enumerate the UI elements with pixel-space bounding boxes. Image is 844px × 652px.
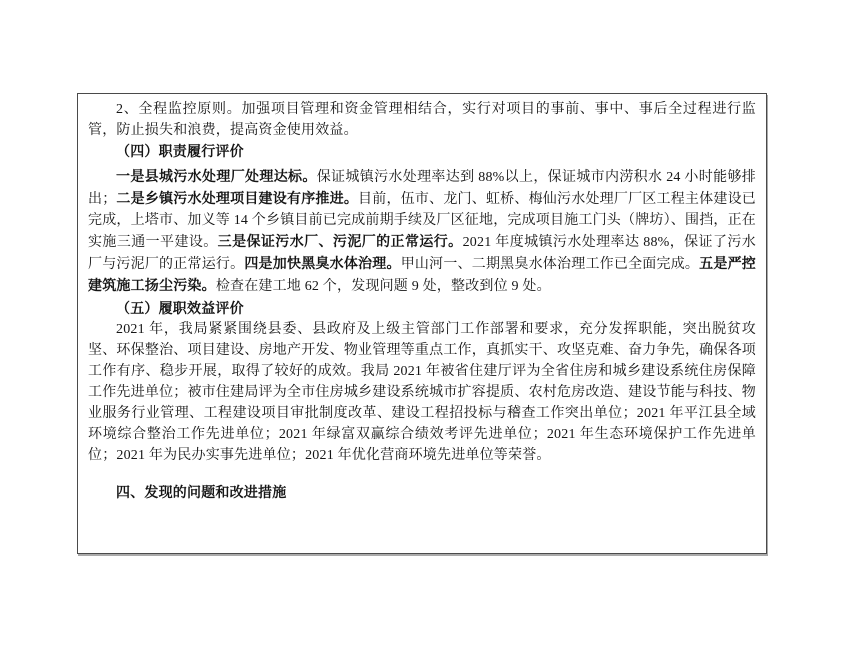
paragraph-text: 2021 年，我局紧紧围绕县委、县政府及上级主管部门工作部署和要求，充分发挥职能… bbox=[88, 322, 756, 463]
document-page: 2、全程监控原则。加强项目管理和资金管理相结合，实行对项目的事前、事中、事后全过… bbox=[0, 0, 844, 652]
run-bold-3: 三是保证污水厂、污泥厂的正常运行。 bbox=[218, 233, 463, 249]
heading-text: 四、发现的问题和改进措施 bbox=[116, 484, 286, 500]
document-table-cell: 2、全程监控原则。加强项目管理和资金管理相结合，实行对项目的事前、事中、事后全过… bbox=[77, 93, 767, 554]
heading-text: （四）职责履行评价 bbox=[116, 143, 244, 159]
heading-section-4-duty-performance: （四）职责履行评价 bbox=[88, 141, 756, 162]
heading-section-problems-improvements: 四、发现的问题和改进措施 bbox=[88, 482, 756, 503]
run-regular-4: 甲山河一、二期黑臭水体治理工作已全面完成。 bbox=[401, 257, 699, 272]
run-bold-2: 二是乡镇污水处理项目建设有序推进。 bbox=[116, 190, 358, 206]
paragraph-supervision-principle: 2、全程监控原则。加强项目管理和资金管理相结合，实行对项目的事前、事中、事后全过… bbox=[88, 99, 756, 141]
run-bold-1: 一是县城污水处理厂处理达标。 bbox=[116, 168, 317, 184]
paragraph-performance-benefit-details: 2021 年，我局紧紧围绕县委、县政府及上级主管部门工作部署和要求，充分发挥职能… bbox=[88, 319, 756, 466]
heading-section-5-performance-benefit: （五）履职效益评价 bbox=[88, 298, 756, 319]
run-bold-4: 四是加快黑臭水体治理。 bbox=[244, 255, 400, 271]
run-regular-5: 检查在建工地 62 个，发现问题 9 处，整改到位 9 处。 bbox=[216, 279, 551, 294]
paragraph-duty-performance-details: 一是县城污水处理厂处理达标。保证城镇污水处理率达到 88%以上，保证城市内涝积水… bbox=[88, 166, 756, 297]
heading-text: （五）履职效益评价 bbox=[116, 300, 244, 316]
paragraph-text: 2、全程监控原则。加强项目管理和资金管理相结合，实行对项目的事前、事中、事后全过… bbox=[88, 102, 756, 138]
